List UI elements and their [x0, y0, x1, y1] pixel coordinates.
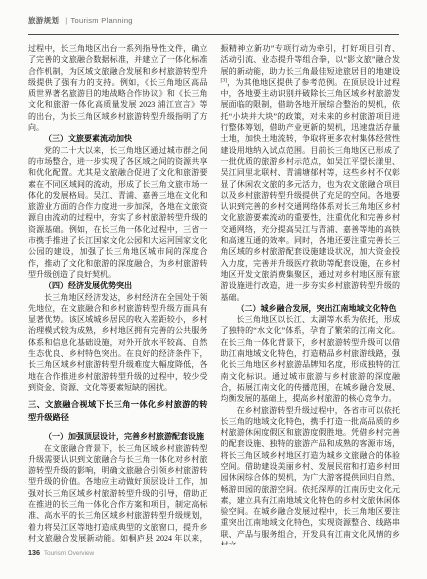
paragraph-section-heading: 三、文旅融合视域下长三角一体化乡村旅游的转型升级路径	[28, 399, 208, 424]
paragraph-subheading: （三）文旅要素流动加快	[28, 133, 208, 144]
header-section-label-en: Tourism Planning	[70, 16, 132, 25]
paragraph-body: 在文旅融合背景下，长三角区域乡村旅游转型升级需要认识到文旅融合与长三角一体化对乡…	[28, 443, 208, 546]
page-number: 136	[28, 548, 40, 557]
header-section-label-zh: 旅游规划	[28, 16, 59, 25]
paragraph-subheading: （四）经济发展优势突出	[28, 280, 208, 291]
paragraph-body-continued: 过程中，长三角地区出台一系列指导性文件，确立了完善的文旅融合数据标准，并建立了一…	[28, 43, 208, 133]
paragraph-body: 党的二十大以来，长三角地区通过城市群之间的市场整合，进一步实现了各区域之间的资源…	[28, 145, 208, 281]
journal-page: 旅游规划|Tourism Planning 过程中，长三角地区出台一系列指导性文…	[0, 0, 427, 579]
journal-name: Tourism Overview	[44, 550, 94, 557]
paragraph-body-continued: 振精神立新功”专项行动为牵引，打好项目引育、活动引流、业态提升等组合拳，以“影文…	[221, 43, 401, 303]
header-divider: |	[65, 16, 67, 25]
page-footer: 136Tourism Overview	[28, 548, 94, 557]
left-column: 过程中，长三角地区出台一系列指导性文件，确立了完善的文旅融合数据标准，并建立了一…	[28, 43, 208, 545]
article-body: 过程中，长三角地区出台一系列指导性文件，确立了完善的文旅融合数据标准，并建立了一…	[28, 43, 400, 545]
right-column: 振精神立新功”专项行动为牵引，打好项目引育、活动引流、业态提升等组合拳，以“影文…	[221, 43, 401, 545]
paragraph-body: 长三角地区经济发达，乡村经济在全国处于领先地位，在文旅融合和乡村旅游转型升级方面…	[28, 292, 208, 394]
paragraph-body: 在乡村旅游转型升级过程中，各省市可以依托长三角的地域文化特色，携手打造一批高品质…	[221, 405, 401, 546]
page-header: 旅游规划|Tourism Planning	[28, 15, 399, 26]
header-rule	[28, 34, 399, 35]
paragraph-subheading: （一）加强顶层设计，完善乡村旅游配套设施	[28, 431, 208, 442]
paragraph-subheading: （二）城乡融合发展，突出江南地域文化特色	[221, 303, 401, 314]
paragraph-body: 长三角地区以长江、太湖等水系为依托，形成了独特的“水文化”体系，孕育了繁荣的江南…	[221, 314, 401, 404]
